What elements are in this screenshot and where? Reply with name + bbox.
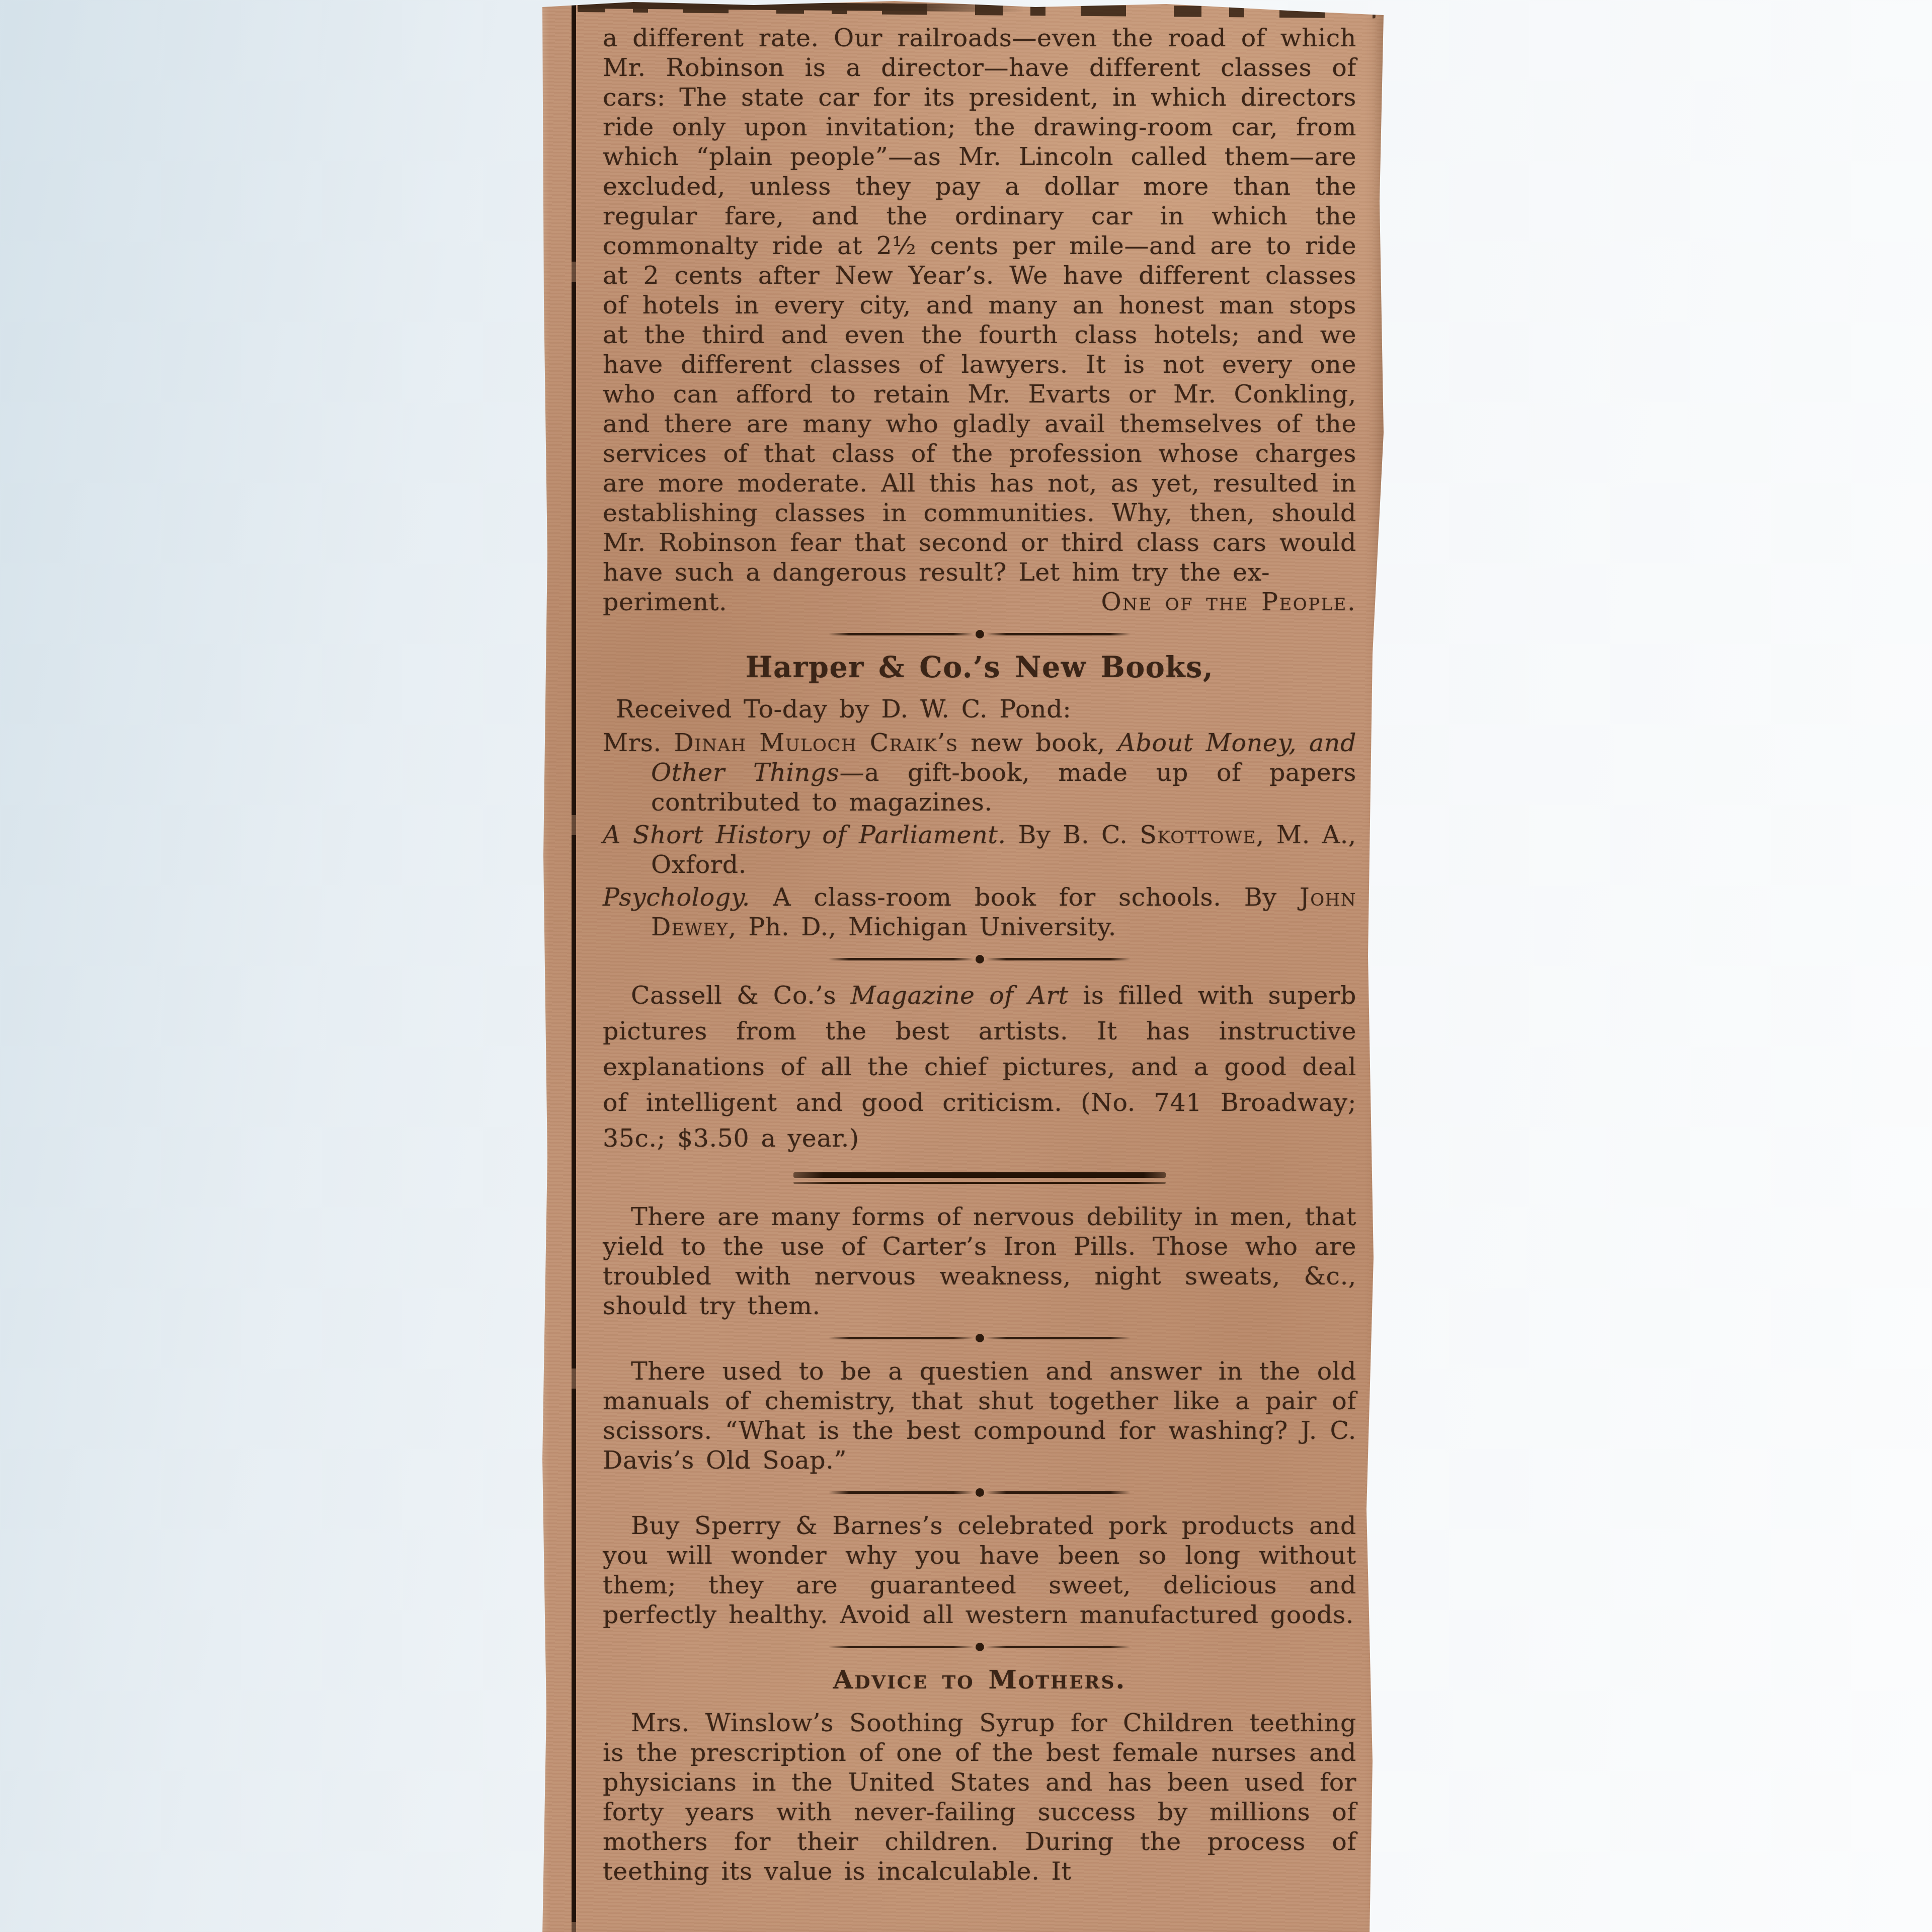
cut-text-fragments [578, 1, 1376, 18]
section-divider [829, 630, 1131, 638]
signature-text: One of the People. [1101, 587, 1356, 617]
italic-text: A Short History of Parliament. [603, 821, 1006, 849]
text-run: Mrs. [603, 729, 674, 757]
italic-text: Magazine of Art [851, 981, 1069, 1010]
divider-line-left [829, 1337, 974, 1339]
text-run: A class-room book for schools. By [750, 883, 1300, 912]
divider-line-right [986, 1337, 1131, 1339]
left-column-rule [572, 0, 576, 1932]
text-run: By B. C. [1006, 821, 1140, 849]
section-divider [829, 1643, 1131, 1651]
books-heading: Harper & Co.’s New Books, [603, 653, 1356, 682]
winslow-syrup-notice: Mrs. Winslow’s Soothing Syrup for Childr… [603, 1708, 1356, 1886]
divider-line-left [829, 633, 974, 635]
section-divider [829, 1488, 1131, 1497]
divider-line-left [829, 1491, 974, 1494]
newspaper-clipping: a different rate. Our railroads—even the… [542, 0, 1384, 1932]
magazine-of-art-notice: Cassell & Co.’s Magazine of Art is fille… [603, 978, 1356, 1156]
scan-background: a different rate. Our railroads—even the… [0, 0, 1932, 1932]
davis-soap-notice: There used to be a questien and answer i… [603, 1356, 1356, 1475]
divider-line-left [829, 1646, 974, 1648]
signature-row: periment.One of the People. [603, 587, 1356, 617]
text-run: , Ph. D., Michigan University. [729, 913, 1116, 941]
book-item-craik: Mrs. Dinah Muloch Craik’s new book, Abou… [603, 728, 1356, 817]
article-column: a different rate. Our railroads—even the… [603, 23, 1356, 1892]
advice-to-mothers-heading: Advice to Mothers. [603, 1665, 1356, 1695]
sperry-barnes-notice: Buy Sperry & Barnes’s celebrated pork pr… [603, 1511, 1356, 1630]
divider-line-left [829, 958, 974, 960]
divider-dot-ornament [976, 955, 984, 963]
letter-continuation-paragraph: a different rate. Our railroads—even the… [603, 23, 1356, 587]
text-run: Cassell & Co.’s [631, 981, 851, 1010]
smallcaps-text: Skottowe [1140, 821, 1256, 849]
section-divider [829, 1334, 1131, 1342]
heavy-section-divider [793, 1172, 1166, 1184]
book-item-parliament: A Short History of Parliament. By B. C. … [603, 820, 1356, 879]
received-line: Received To-day by D. W. C. Pond: [603, 694, 1356, 724]
smallcaps-text: Dinah Muloch Craik’s [674, 729, 958, 757]
divider-line-right [986, 633, 1131, 635]
divider-dot-ornament [976, 1334, 984, 1342]
divider-line-right [986, 1491, 1131, 1494]
divider-dot-ornament [976, 630, 984, 638]
divider-line-right [986, 1646, 1131, 1648]
thin-rule [793, 1182, 1166, 1184]
italic-text: Psychology. [603, 883, 750, 912]
text-run: new book, [958, 729, 1118, 757]
divider-line-right [986, 958, 1131, 960]
divider-dot-ornament [976, 1643, 984, 1651]
divider-dot-ornament [976, 1488, 984, 1497]
paragraph-end-text: periment. [603, 587, 727, 617]
thick-rule [793, 1172, 1166, 1178]
book-item-psychology: Psychology. A class-room book for school… [603, 882, 1356, 942]
carter-iron-pills-notice: There are many forms of nervous debility… [603, 1202, 1356, 1321]
section-divider [829, 955, 1131, 963]
